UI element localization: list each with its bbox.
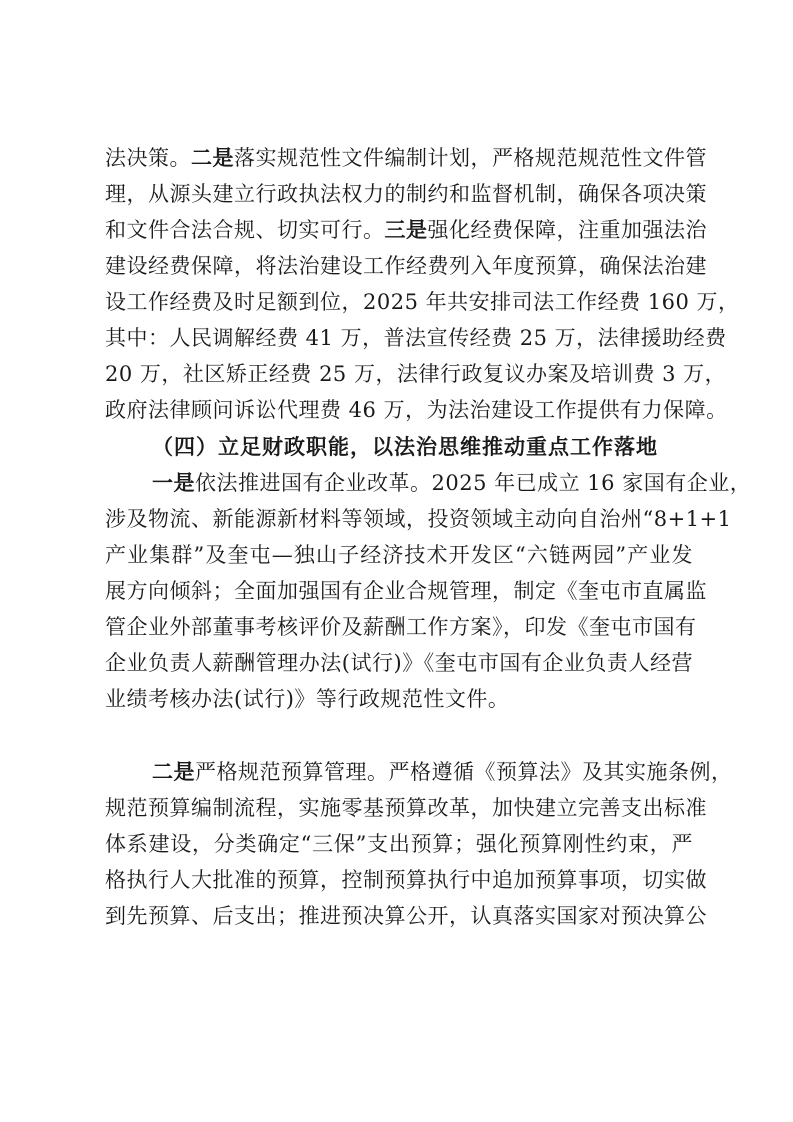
bold-lead: 二是 <box>191 146 234 170</box>
text-run: 产业集群”及奎屯—独山子经济技术开发区“六链两园”产业发 <box>105 543 693 567</box>
text-run: 规范预算编制流程，实施零基预算改革，加快建立完善支出标准 <box>105 796 707 820</box>
text-run: 强化经费保障，注重加强法治 <box>428 218 708 242</box>
text-run: 企业负责人薪酬管理办法(试行)》《奎屯市国有企业负责人经营 <box>105 651 693 675</box>
text-line: 展方向倾斜；全面加强国有企业合规管理，制定《奎屯市直属监 <box>105 575 693 607</box>
text-line: 到先预算、后支出；推进预决算公开，认真落实国家对预决算公 <box>105 900 693 932</box>
text-run: 设工作经费及时足额到位，2025 年共安排司法工作经费 160 万， <box>105 290 740 314</box>
text-run: 和文件合法合规、切实可行。 <box>105 218 385 242</box>
text-line: 设工作经费及时足额到位，2025 年共安排司法工作经费 160 万， <box>105 286 693 318</box>
text-line: 法决策。二是落实规范性文件编制计划，严格规范规范性文件管 <box>105 142 693 174</box>
text-line: 体系建设，分类确定“三保”支出预算；强化预算刚性约束，严 <box>105 828 693 860</box>
text-run: 20 万，社区矫正经费 25 万，法律行政复议办案及培训费 3 万， <box>105 362 726 386</box>
text-run: 理，从源头建立行政执法权力的制约和监督机制，确保各项决策 <box>105 182 707 206</box>
text-line: 格执行人大批准的预算，控制预算执行中追加预算事项，切实做 <box>105 864 693 896</box>
text-line: 规范预算编制流程，实施零基预算改革，加快建立完善支出标准 <box>105 792 693 824</box>
bold-lead: 三是 <box>385 218 428 242</box>
text-run: 业绩考核办法(试行)》等行政规范性文件。 <box>105 687 509 711</box>
text-line: 建设经费保障，将法治建设工作经费列入年度预算，确保法治建 <box>105 250 693 282</box>
text-line: 二是严格规范预算管理。严格遵循《预算法》及其实施条例， <box>152 756 693 788</box>
text-line: 理，从源头建立行政执法权力的制约和监督机制，确保各项决策 <box>105 178 693 210</box>
text-line: 涉及物流、新能源新材料等领域，投资领域主动向自治州“8+1+1 <box>105 503 693 535</box>
text-run: 依法推进国有企业改革。2025 年已成立 16 家国有企业， <box>195 471 751 495</box>
bold-lead: 一是 <box>152 471 195 495</box>
text-run: 法决策。 <box>105 146 191 170</box>
section-heading: （四）立足财政职能，以法治思维推动重点工作落地 <box>152 431 672 463</box>
text-line: 业绩考核办法(试行)》等行政规范性文件。 <box>105 683 693 715</box>
text-run: 体系建设，分类确定“三保”支出预算；强化预算刚性约束，严 <box>105 832 693 856</box>
text-line: 管企业外部董事考核评价及薪酬工作方案》，印发《奎屯市国有 <box>105 611 693 643</box>
bold-lead: 二是 <box>152 760 195 784</box>
text-line: 20 万，社区矫正经费 25 万，法律行政复议办案及培训费 3 万， <box>105 358 693 390</box>
text-line: 政府法律顾问诉讼代理费 46 万，为法治建设工作提供有力保障。 <box>105 394 693 426</box>
text-line: 其中：人民调解经费 41 万，普法宣传经费 25 万，法律援助经费 <box>105 322 693 354</box>
document-page: 法决策。二是落实规范性文件编制计划，严格规范规范性文件管 理，从源头建立行政执法… <box>0 0 793 1122</box>
text-run: 政府法律顾问诉讼代理费 46 万，为法治建设工作提供有力保障。 <box>105 398 728 422</box>
text-run: 格执行人大批准的预算，控制预算执行中追加预算事项，切实做 <box>105 868 707 892</box>
text-run: 管企业外部董事考核评价及薪酬工作方案》，印发《奎屯市国有 <box>105 615 697 639</box>
text-run: 落实规范性文件编制计划，严格规范规范性文件管 <box>234 146 707 170</box>
text-run: 严格规范预算管理。严格遵循《预算法》及其实施条例， <box>195 760 733 784</box>
text-line: 产业集群”及奎屯—独山子经济技术开发区“六链两园”产业发 <box>105 539 693 571</box>
text-run: 展方向倾斜；全面加强国有企业合规管理，制定《奎屯市直属监 <box>105 579 707 603</box>
text-line: 和文件合法合规、切实可行。三是强化经费保障，注重加强法治 <box>105 214 693 246</box>
text-run: 到先预算、后支出；推进预决算公开，认真落实国家对预决算公 <box>105 904 707 928</box>
text-line: 一是依法推进国有企业改革。2025 年已成立 16 家国有企业， <box>152 467 693 499</box>
text-run: 其中：人民调解经费 41 万，普法宣传经费 25 万，法律援助经费 <box>105 326 727 350</box>
text-run: 建设经费保障，将法治建设工作经费列入年度预算，确保法治建 <box>105 254 707 278</box>
text-line: 企业负责人薪酬管理办法(试行)》《奎屯市国有企业负责人经营 <box>105 647 693 679</box>
text-run: 涉及物流、新能源新材料等领域，投资领域主动向自治州“8+1+1 <box>105 507 732 531</box>
